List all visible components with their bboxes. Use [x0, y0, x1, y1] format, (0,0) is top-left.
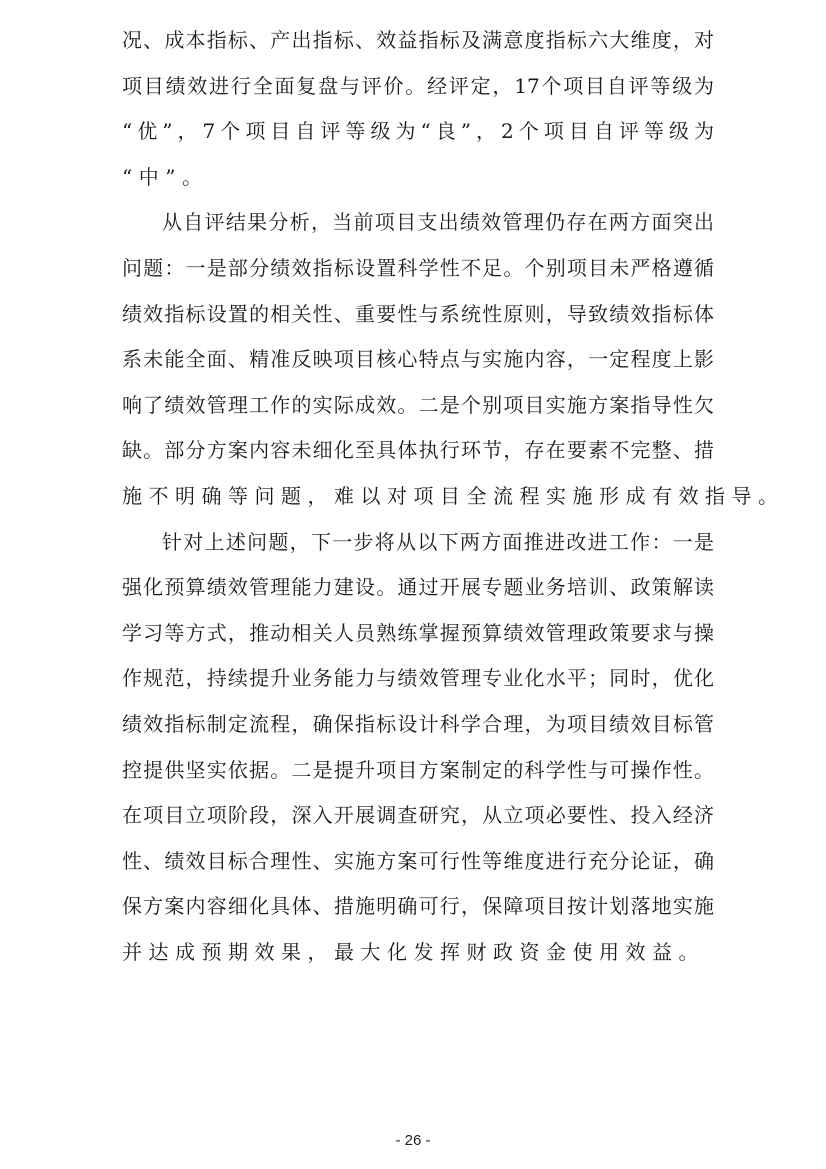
text-line: 从自评结果分析，当前项目支出绩效管理仍存在两方面突出 — [122, 200, 714, 246]
text-line: 施不明确等问题，难以对项目全流程实施形成有效指导。 — [122, 474, 714, 520]
text-line: 学习等方式，推动相关人员熟练掌握预算绩效管理政策要求与操 — [122, 611, 714, 657]
text-line: 性、绩效目标合理性、实施方案可行性等维度进行充分论证，确 — [122, 839, 714, 885]
text-line: “优”，7个项目自评等级为“良”，2个项目自评等级为 — [122, 109, 714, 155]
text-line: 作规范，持续提升业务能力与绩效管理专业化水平；同时，优化 — [122, 656, 714, 702]
text-line: 绩效指标设置的相关性、重要性与系统性原则，导致绩效指标体 — [122, 292, 714, 338]
paragraph-improvement-measures: 针对上述问题，下一步将从以下两方面推进改进工作：一是 强化预算绩效管理能力建设。… — [122, 520, 714, 976]
text-line: 保方案内容细化具体、措施明确可行，保障项目按计划落地实施 — [122, 884, 714, 930]
text-line: 控提供坚实依据。二是提升项目方案制定的科学性与可操作性。 — [122, 748, 714, 794]
text-line: 强化预算绩效管理能力建设。通过开展专题业务培训、政策解读 — [122, 565, 714, 611]
document-body: 况、成本指标、产出指标、效益指标及满意度指标六大维度，对 项目绩效进行全面复盘与… — [122, 18, 714, 975]
text-line: 缺。部分方案内容未细化至具体执行环节，存在要素不完整、措 — [122, 428, 714, 474]
text-line: 项目绩效进行全面复盘与评价。经评定，17个项目自评等级为 — [122, 64, 714, 110]
text-line: 响了绩效管理工作的实际成效。二是个别项目实施方案指导性欠 — [122, 383, 714, 429]
text-line: 针对上述问题，下一步将从以下两方面推进改进工作：一是 — [122, 520, 714, 566]
text-line: 系未能全面、精准反映项目核心特点与实施内容，一定程度上影 — [122, 337, 714, 383]
text-line: 并达成预期效果，最大化发挥财政资金使用效益。 — [122, 930, 714, 976]
paragraph-assessment-results: 况、成本指标、产出指标、效益指标及满意度指标六大维度，对 项目绩效进行全面复盘与… — [122, 18, 714, 200]
text-line: 在项目立项阶段，深入开展调查研究，从立项必要性、投入经济 — [122, 793, 714, 839]
text-line: 况、成本指标、产出指标、效益指标及满意度指标六大维度，对 — [122, 18, 714, 64]
text-line: 绩效指标制定流程，确保指标设计科学合理，为项目绩效目标管 — [122, 702, 714, 748]
text-line: “中”。 — [122, 155, 714, 201]
paragraph-problem-analysis: 从自评结果分析，当前项目支出绩效管理仍存在两方面突出 问题：一是部分绩效指标设置… — [122, 200, 714, 519]
page-number: - 26 - — [0, 1132, 826, 1149]
text-line: 问题：一是部分绩效指标设置科学性不足。个别项目未严格遵循 — [122, 246, 714, 292]
